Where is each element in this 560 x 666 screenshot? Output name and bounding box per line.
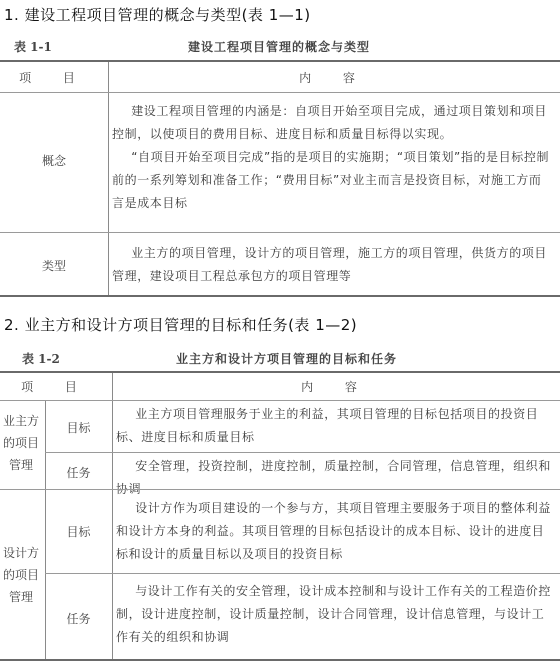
table-1-1-id: 表 1-1 [14,38,52,55]
table-1-2-id: 表 1-2 [22,350,60,367]
table-1-1-bottom-rule [0,295,560,297]
designer-goal-content: 设计方作为项目建设的一个参与方，其项目管理主要服务于项目的整体利益和设计方本身的… [116,497,556,566]
owner-goal-content: 业主方项目管理服务于业主的利益，其项目管理的目标包括项目的投资目标、进度目标和质… [116,403,556,449]
owner-task-label: 任务 [45,464,112,481]
designer-task-content: 与设计工作有关的安全管理，设计成本控制和与设计工作有关的工程造价控制，设计进度控… [116,580,556,649]
table-1-1-column-divider [108,62,109,296]
table-1-2-bottom-rule [0,659,560,661]
table-1-1-row-content-concept: 建设工程项目管理的内涵是：自项目开始至项目完成，通过项目策划和项目控制，以使项目… [112,100,554,215]
concept-paragraph-1: 建设工程项目管理的内涵是：自项目开始至项目完成，通过项目策划和项目控制，以使项目… [112,100,554,146]
section-2-title: 2. 业主方和设计方项目管理的目标和任务(表 1—2) [4,314,357,335]
owner-goal-text: 业主方项目管理服务于业主的利益，其项目管理的目标包括项目的投资目标、进度目标和质… [116,403,556,449]
table-1-1-row-label-concept: 概念 [0,152,108,169]
table-1-1-header-content: 内 容 [108,69,560,86]
table-1-1-top-rule [0,60,560,62]
group-label-designer: 设计方 的项目 管理 [0,542,46,608]
owner-goal-label: 目标 [45,419,112,436]
table-1-2-content-divider [112,373,113,661]
group-label-designer-line-2: 的项目 [0,564,46,586]
group-label-designer-line-1: 设计方 [0,542,46,564]
table-1-2-header-item: 项 目 [0,378,112,395]
designer-row-rule [45,573,560,574]
table-1-1-header-rule [0,92,560,93]
table-1-2-header-content: 内 容 [112,378,560,395]
group-label-owner-line-3: 管理 [0,454,46,476]
table-1-2-header-rule [0,400,560,401]
table-1-1-row-rule [0,232,560,233]
section-1-title: 1. 建设工程项目管理的概念与类型(表 1—1) [4,4,311,25]
group-label-owner: 业主方 的项目 管理 [0,410,46,476]
table-1-2-top-rule [0,371,560,373]
owner-task-text: 安全管理，投资控制，进度控制，质量控制，合同管理，信息管理，组织和协调 [116,455,556,501]
concept-paragraph-2: “自项目开始至项目完成”指的是项目的实施期；“项目策划”指的是目标控制前的一系列… [112,146,554,215]
designer-goal-label: 目标 [45,523,112,540]
designer-goal-text: 设计方作为项目建设的一个参与方，其项目管理主要服务于项目的整体利益和设计方本身的… [116,497,556,566]
designer-task-label: 任务 [45,610,112,627]
group-label-owner-line-1: 业主方 [0,410,46,432]
owner-group-bottom-rule [0,489,560,490]
type-paragraph-1: 业主方的项目管理，设计方的项目管理，施工方的项目管理，供货方的项目管理，建设项目… [112,242,554,288]
table-1-2-caption: 业主方和设计方项目管理的目标和任务 [176,350,397,367]
group-label-owner-line-2: 的项目 [0,432,46,454]
group-label-designer-line-3: 管理 [0,586,46,608]
owner-row-rule [45,452,560,453]
table-1-1-row-label-type: 类型 [0,257,108,274]
designer-task-text: 与设计工作有关的安全管理，设计成本控制和与设计工作有关的工程造价控制，设计进度控… [116,580,556,649]
table-1-1-header-item: 项 目 [0,69,108,86]
table-1-1-caption: 建设工程项目管理的概念与类型 [188,38,370,55]
table-1-1-row-content-type: 业主方的项目管理，设计方的项目管理，施工方的项目管理，供货方的项目管理，建设项目… [112,242,554,288]
owner-task-content: 安全管理，投资控制，进度控制，质量控制，合同管理，信息管理，组织和协调 [116,455,556,501]
